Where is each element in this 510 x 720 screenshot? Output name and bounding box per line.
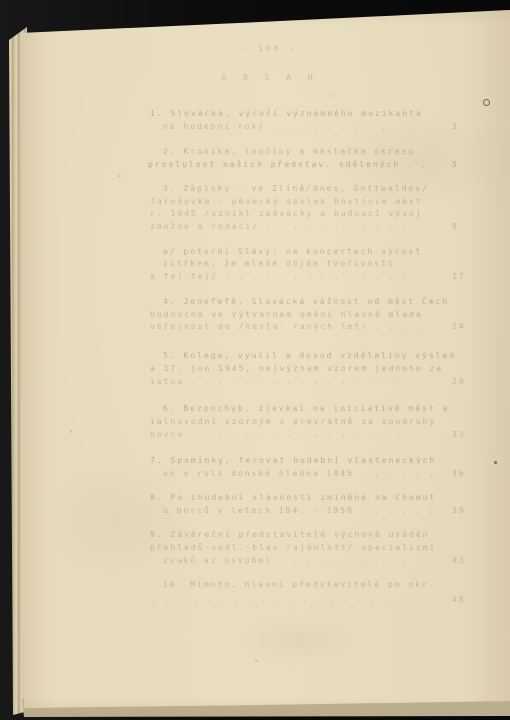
toc-line: istou . . . . . . . . . . . . . . . .29 xyxy=(150,377,402,387)
toc-line: a fej-fej/ . . . . . . . . . . . . . .17 xyxy=(150,272,409,282)
paper-fleck xyxy=(330,95,332,97)
toc-line: 4. Jenofefě, Slovácká vážnost od měst Če… xyxy=(163,297,449,307)
page-number-header: - 106 - xyxy=(150,44,390,53)
toc-line: 7. Spomínky, ferovat hudební vlastenecký… xyxy=(150,456,436,466)
toc-line: 2. Kronika, loučiny a městečka okresu xyxy=(163,147,415,157)
toc-line: na hudební rok/ . . . . . . . . . . .3 xyxy=(163,122,415,132)
toc-line: on v roli donské hledna 1945 . . . . . .… xyxy=(163,469,436,479)
toc-page-number: 3 xyxy=(452,122,459,132)
toc-line-text: 8. Po zhudební slavnosti zmíněné na Chom… xyxy=(150,493,436,502)
toc-line: . . . . . . . . . . . . . . . . . . .48 xyxy=(152,595,404,605)
toc-page-number: 5 xyxy=(452,160,459,170)
toc-page-number: 9 xyxy=(452,222,459,232)
paper-fleck xyxy=(255,660,258,662)
toc-line-text: r. 1945 /vznikl zpěvácky a budoucí vývoj xyxy=(150,209,423,218)
toc-line: u borců v letech 194. - 1958 . . . . . .… xyxy=(163,506,436,516)
toc-line: 10. Mimoto, hlavní představitelé po okr. xyxy=(163,580,436,590)
toc-line-text: přehledů-vedl.-blav /ajánlott/ specializ… xyxy=(150,543,436,552)
toc-line-text: 2. Kronika, loučiny a městečka okresu xyxy=(163,147,415,156)
toc-line-text: a 17. jun 1945, nejvýznam vzorem jednoho… xyxy=(150,364,443,373)
toc-line-text: 10. Mimoto, hlavní představitelé po okr. xyxy=(163,580,436,589)
toc-line: Jarošovka - pěvecký spolek hostince měst xyxy=(150,197,423,207)
paper-fleck xyxy=(180,560,182,562)
toc-line: 8. Po zhudební slavnosti zmíněné na Chom… xyxy=(150,493,436,503)
toc-line: zvuků az osvobml . . . . . . . . . . .43 xyxy=(163,556,422,566)
paper-fleck xyxy=(118,175,121,177)
toc-line: zítřkem, že mladé dojde tvořivosti xyxy=(163,259,395,269)
toc-page-number: 17 xyxy=(452,272,466,282)
toc-page-number: 48 xyxy=(452,595,466,605)
toc-line-text: u borců v letech 194. - 1958 . . . . . . xyxy=(163,506,436,515)
toc-line-text: 5. Kolega, vyučil a dosud vzdělaliny výs… xyxy=(163,351,456,360)
toc-line-text: a fej-fej/ . . . . . . . . . . . . . . xyxy=(150,272,409,281)
toc-line-text: budoucna ve výtvarném umění hlavně mladá xyxy=(150,310,423,319)
toc-line: 6. Bezpochyb, zjevkal na iniciativě měst… xyxy=(163,404,449,414)
toc-line-text: 4. Jenofefě, Slovácká vážnost od měst Če… xyxy=(163,297,449,306)
toc-line-text: on v roli donské hledna 1945 . . . . . . xyxy=(163,469,436,478)
toc-line-text: istou . . . . . . . . . . . . . . . . xyxy=(150,377,402,386)
toc-line-text: zvuků az osvobml . . . . . . . . . . . xyxy=(163,556,422,565)
scanned-book-photo: - 106 - O B S A H 1. Slovácka, výročí vý… xyxy=(0,0,510,720)
toc-line: a 17. jun 1945, nejvýznam vzorem jednoho… xyxy=(150,364,443,374)
toc-line-text: hovce . . . . . . . . . . . . . . . . xyxy=(150,430,402,439)
paper-fleck xyxy=(430,300,432,302)
toc-line-text: zítřkem, že mladé dojde tvořivosti xyxy=(163,259,395,268)
toc-page-number: 29 xyxy=(452,377,466,387)
toc-line: a/ potvrdí Slávy: na koncertech výrost xyxy=(163,247,422,257)
toc-line-text: 3. Zápisky - ve Zlíně/dnes, Gottwaldov/ xyxy=(163,184,429,193)
paper-speck-dot xyxy=(494,461,497,464)
toc-line-text: ialnovodní vzorným s prevratně za soudru… xyxy=(150,417,436,426)
toc-line: hovce . . . . . . . . . . . . . . . .33 xyxy=(150,430,402,440)
toc-line-text: proslulost našich představ. sdělených . … xyxy=(148,160,427,169)
toc-line-text: a/ potvrdí Slávy: na koncertech výrost xyxy=(163,247,422,256)
toc-line: 5. Kolega, vyučil a dosud vzdělaliny výs… xyxy=(163,351,456,361)
toc-page-number: 39 xyxy=(452,506,466,516)
toc-line: r. 1945 /vznikl zpěvácky a budoucí vývoj xyxy=(150,209,423,219)
toc-page-number: 36 xyxy=(452,469,466,479)
toc-line: zbožné a rodáci/ . . . . . . . . . . .9 xyxy=(150,222,409,232)
toc-line-text: zbožné a rodáci/ . . . . . . . . . . . xyxy=(150,222,409,231)
contents-heading: O B S A H xyxy=(150,73,390,82)
toc-line-text: na hudební rok/ . . . . . . . . . . . xyxy=(163,122,415,131)
toc-page-number: 33 xyxy=(452,430,466,440)
toc-line: 9. Závěreční představitelé výchově uvádě… xyxy=(150,530,429,540)
toc-line: 1. Slovácka, výročí významného muzikanta xyxy=(150,109,423,119)
text-layer: - 106 - O B S A H 1. Slovácka, výročí vý… xyxy=(0,0,510,720)
toc-line-text: . . . . . . . . . . . . . . . . . . . xyxy=(152,595,404,604)
toc-page-number: 24 xyxy=(452,322,466,332)
toc-line: veřejnost do /hesla: raných let/ . . . .… xyxy=(150,322,423,332)
toc-line-text: 6. Bezpochyb, zjevkal na iniciativě měst… xyxy=(163,404,449,413)
toc-line-text: veřejnost do /hesla: raných let/ . . . . xyxy=(150,322,423,331)
toc-line: ialnovodní vzorným s prevratně za soudru… xyxy=(150,417,436,427)
toc-page-number: 43 xyxy=(452,556,466,566)
toc-line-text: 7. Spomínky, ferovat hudební vlastenecký… xyxy=(150,456,436,465)
toc-line-text: 1. Slovácka, výročí významného muzikanta xyxy=(150,109,423,118)
paper-speck-ring xyxy=(483,99,490,106)
paper-fleck xyxy=(70,430,72,433)
toc-line-text: Jarošovka - pěvecký spolek hostince měst xyxy=(150,197,423,206)
toc-line: přehledů-vedl.-blav /ajánlott/ specializ… xyxy=(150,543,436,553)
toc-line-text: 9. Závěreční představitelé výchově uvádě… xyxy=(150,530,429,539)
toc-line: budoucna ve výtvarném umění hlavně mladá xyxy=(150,310,423,320)
toc-line: 3. Zápisky - ve Zlíně/dnes, Gottwaldov/ xyxy=(163,184,429,194)
toc-line: proslulost našich představ. sdělených . … xyxy=(148,160,427,170)
